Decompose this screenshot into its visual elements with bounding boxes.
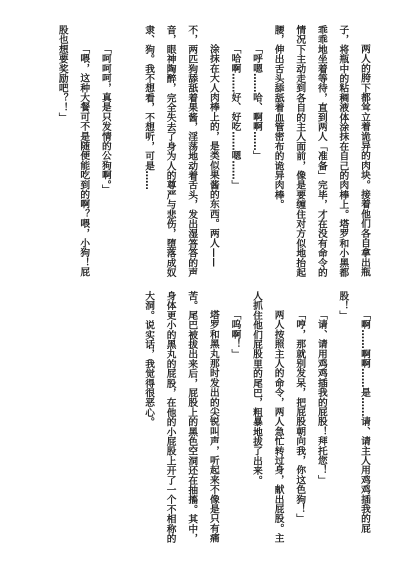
- paragraph: 两人的胯下都耸立着诡异的肉块。接着他们各自拿出瓶子，将瓶中的粘稠液体涂抹在自己的…: [267, 25, 375, 278]
- paragraph: 「哼，那就别发呆，把屁股朝向我，你这色狗！」: [289, 291, 311, 545]
- paragraph: 塔罗和黑丸那时发出的尖锐叫声，听起来不像是只有痛苦。尾巴被拔出来后，屁股上的黑色…: [137, 291, 223, 545]
- paragraph: 「呼嗯……哈、啊啊……」: [245, 25, 267, 278]
- paragraph: 「请、请用鸡鸡插我的屁股！拜托您！」: [310, 291, 332, 545]
- paragraph-blank-line: [116, 25, 138, 278]
- text-row-bottom: 「啊……啊啊……是……请、请主人用鸡鸡插我的屁股！」 「请、请用鸡鸡插我的屁股！…: [137, 291, 375, 545]
- novel-page: 两人的胯下都耸立着诡异的肉块。接着他们各自拿出瓶子，将瓶中的粘稠液体涂抹在自己的…: [0, 0, 400, 566]
- paragraph: 「呜啊！」: [224, 291, 246, 545]
- paragraph: 「呵呵呵，真是只发情的公狗啊。」: [94, 25, 116, 278]
- paragraph: 涂抹在大人肉棒上的，是类似果酱的东西。两人——不，两匹狗舔舐着果酱，淫荡地动着舌…: [137, 25, 223, 278]
- paragraph: 「喂，这种大餐可不是随便能吃到的啊？喂，小狗！屁股也想要奖励吧？！」: [51, 25, 94, 278]
- paragraph: 「哈啊……好、好吃……嗯……」: [224, 25, 246, 278]
- paragraph: 两人按照主人的命令，两人急忙转过身，献出屁股。主人抓住他们屁股里的尾巴，粗暴地拔…: [245, 291, 288, 545]
- paragraph: 「啊……啊啊……是……请、请主人用鸡鸡插我的屁股！」: [332, 291, 375, 545]
- text-row-top: 两人的胯下都耸立着诡异的肉块。接着他们各自拿出瓶子，将瓶中的粘稠液体涂抹在自己的…: [51, 25, 375, 278]
